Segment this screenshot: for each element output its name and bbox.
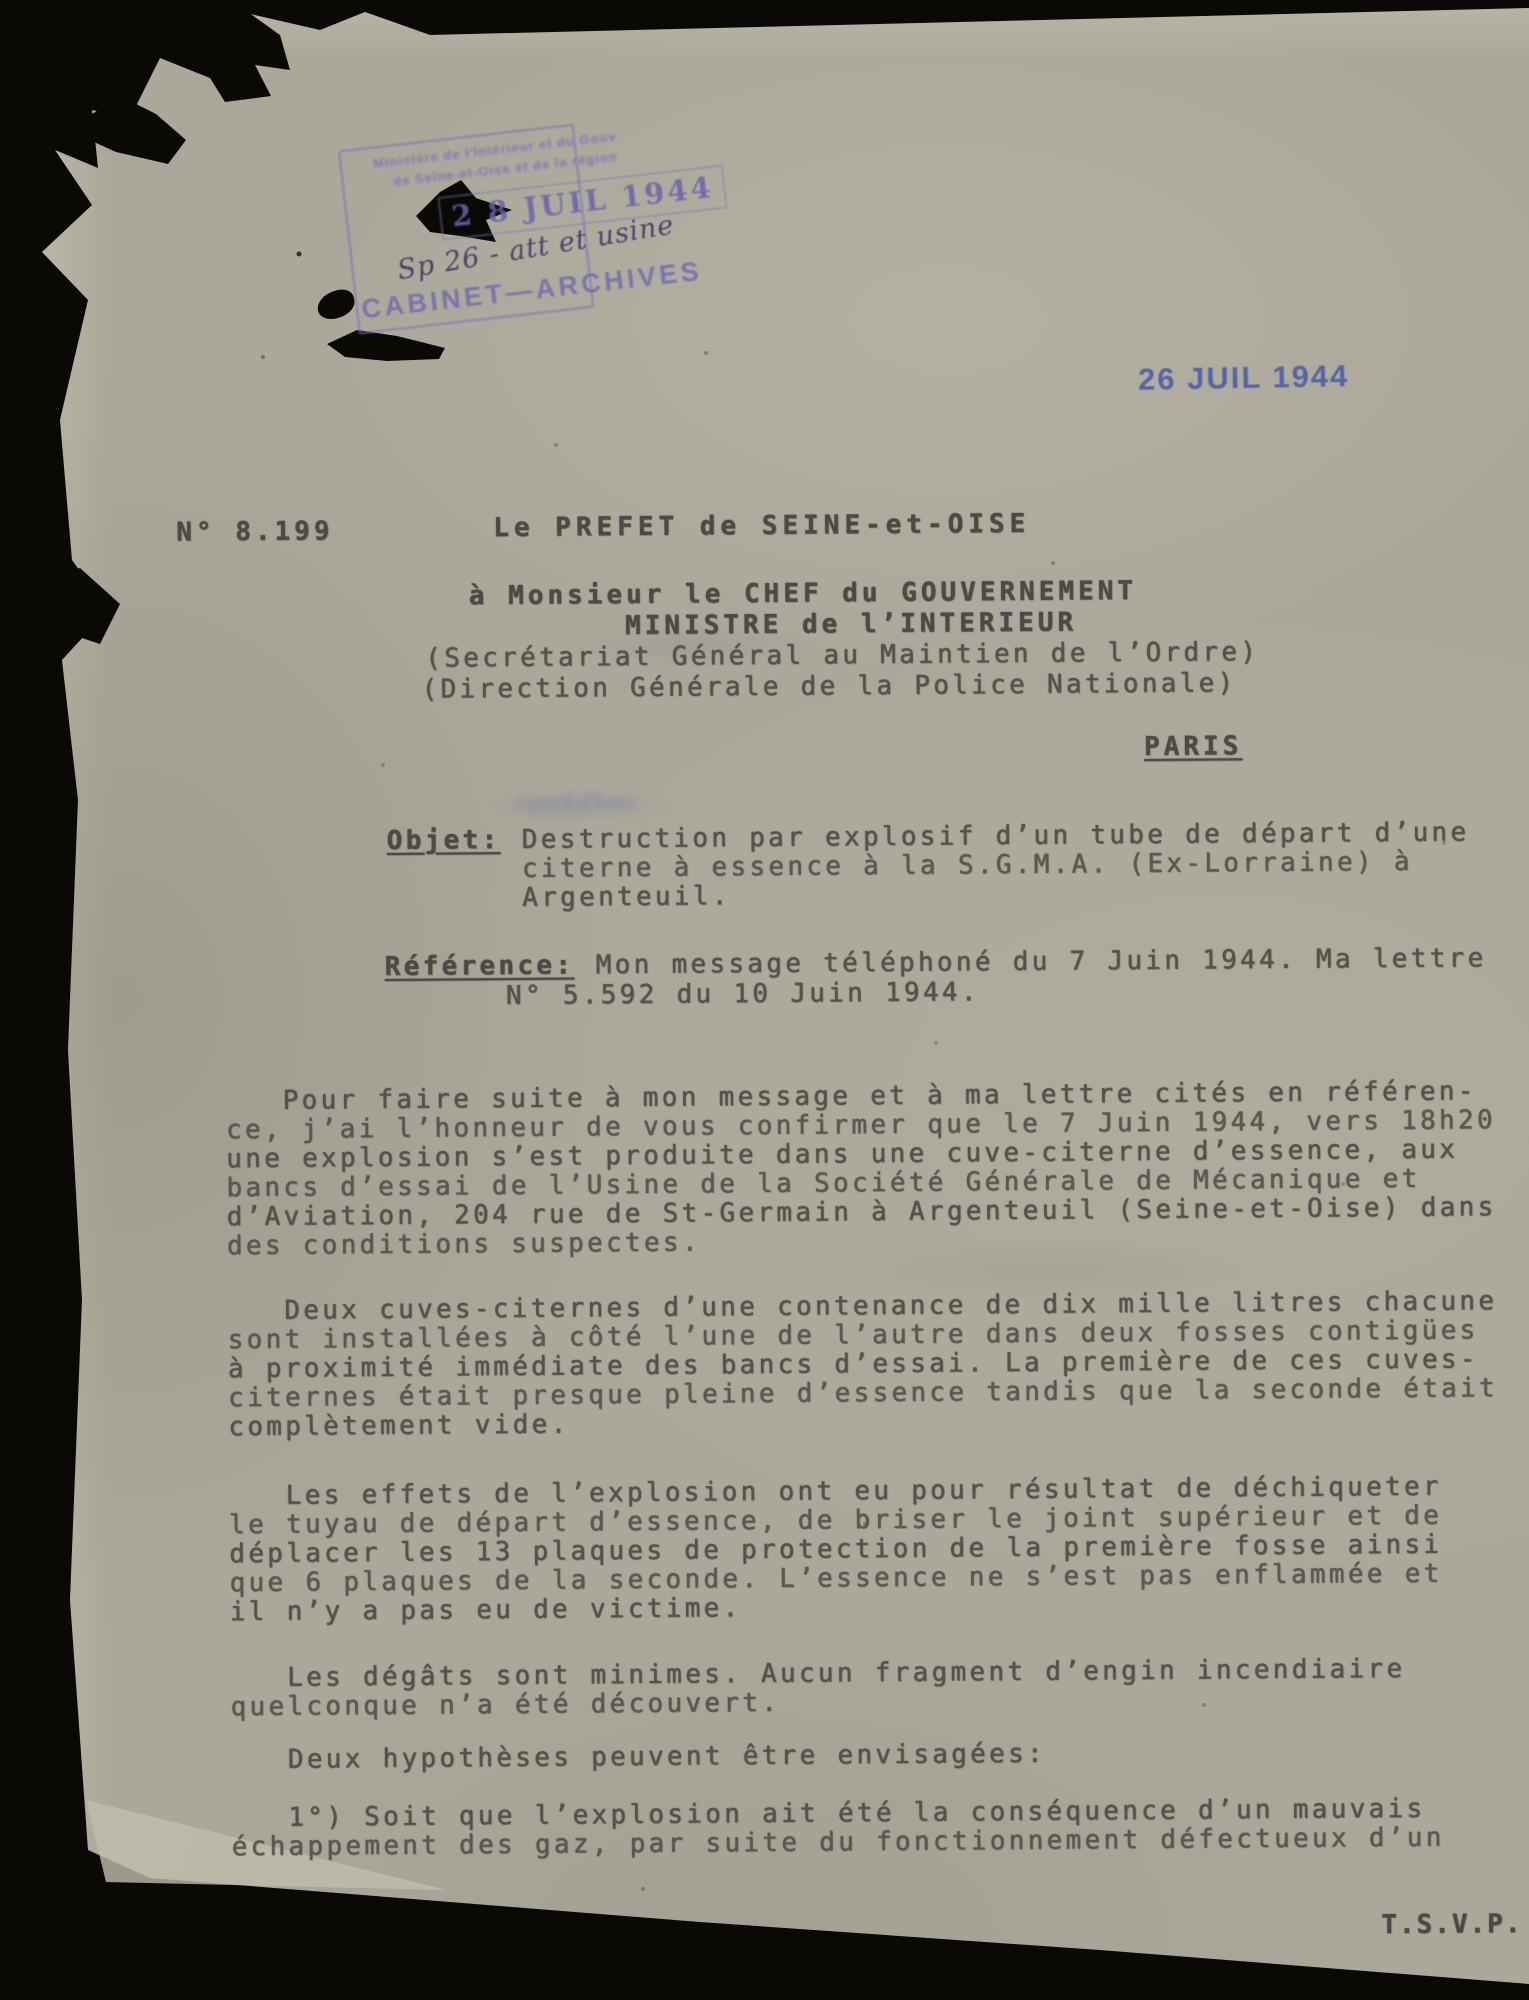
paragraph: Pour faire suite à mon message et à ma l…: [226, 1077, 1497, 1261]
recipient-line: (Direction Générale de la Police Nationa…: [421, 669, 1236, 704]
sender-line: Le PREFET de SEINE-et-OISE: [493, 510, 1030, 543]
paragraph: Deux hypothèses peuvent être envisagées:: [231, 1740, 1046, 1775]
paragraph: Les effets de l’explosion ont eu pour ré…: [229, 1473, 1443, 1628]
reference-text-line: Mon message téléphoné du 7 Juin 1944. Ma…: [596, 944, 1487, 980]
reference-text-line: N° 5.592 du 10 Juin 1944.: [506, 978, 980, 1011]
recipient-line: à Monsieur le CHEF du GOUVERNEMENT: [469, 577, 1137, 611]
objet-label: Objet:: [387, 826, 501, 856]
paragraph: Deux cuves-citernes d’une contenance de …: [227, 1287, 1498, 1442]
reference-label: Référence:: [385, 951, 575, 981]
turn-over-note: T.S.V.P.: [1381, 1910, 1522, 1940]
recipient-line: MINISTRE de l’INTERIEUR: [625, 609, 1077, 642]
typed-letter: N° 8.199 Le PREFET de SEINE-et-OISE à Mo…: [0, 0, 1529, 2000]
scanned-document: Ministère de l'Intérieur et du Gouv de S…: [0, 0, 1529, 2000]
paragraph: 1°) Soit que l’explosion ait été la cons…: [231, 1795, 1444, 1863]
typed-line: Deux hypothèses peuvent être envisagées:: [231, 1740, 1046, 1775]
paper-specks: [0, 0, 2, 2]
letter-number: N° 8.199: [176, 517, 333, 547]
objet-text: Destruction par explosif d’un tube de dé…: [522, 818, 1470, 912]
city-line: PARIS: [1144, 732, 1243, 762]
paragraph: Les dégâts sont minimes. Aucun fragment …: [230, 1655, 1406, 1722]
